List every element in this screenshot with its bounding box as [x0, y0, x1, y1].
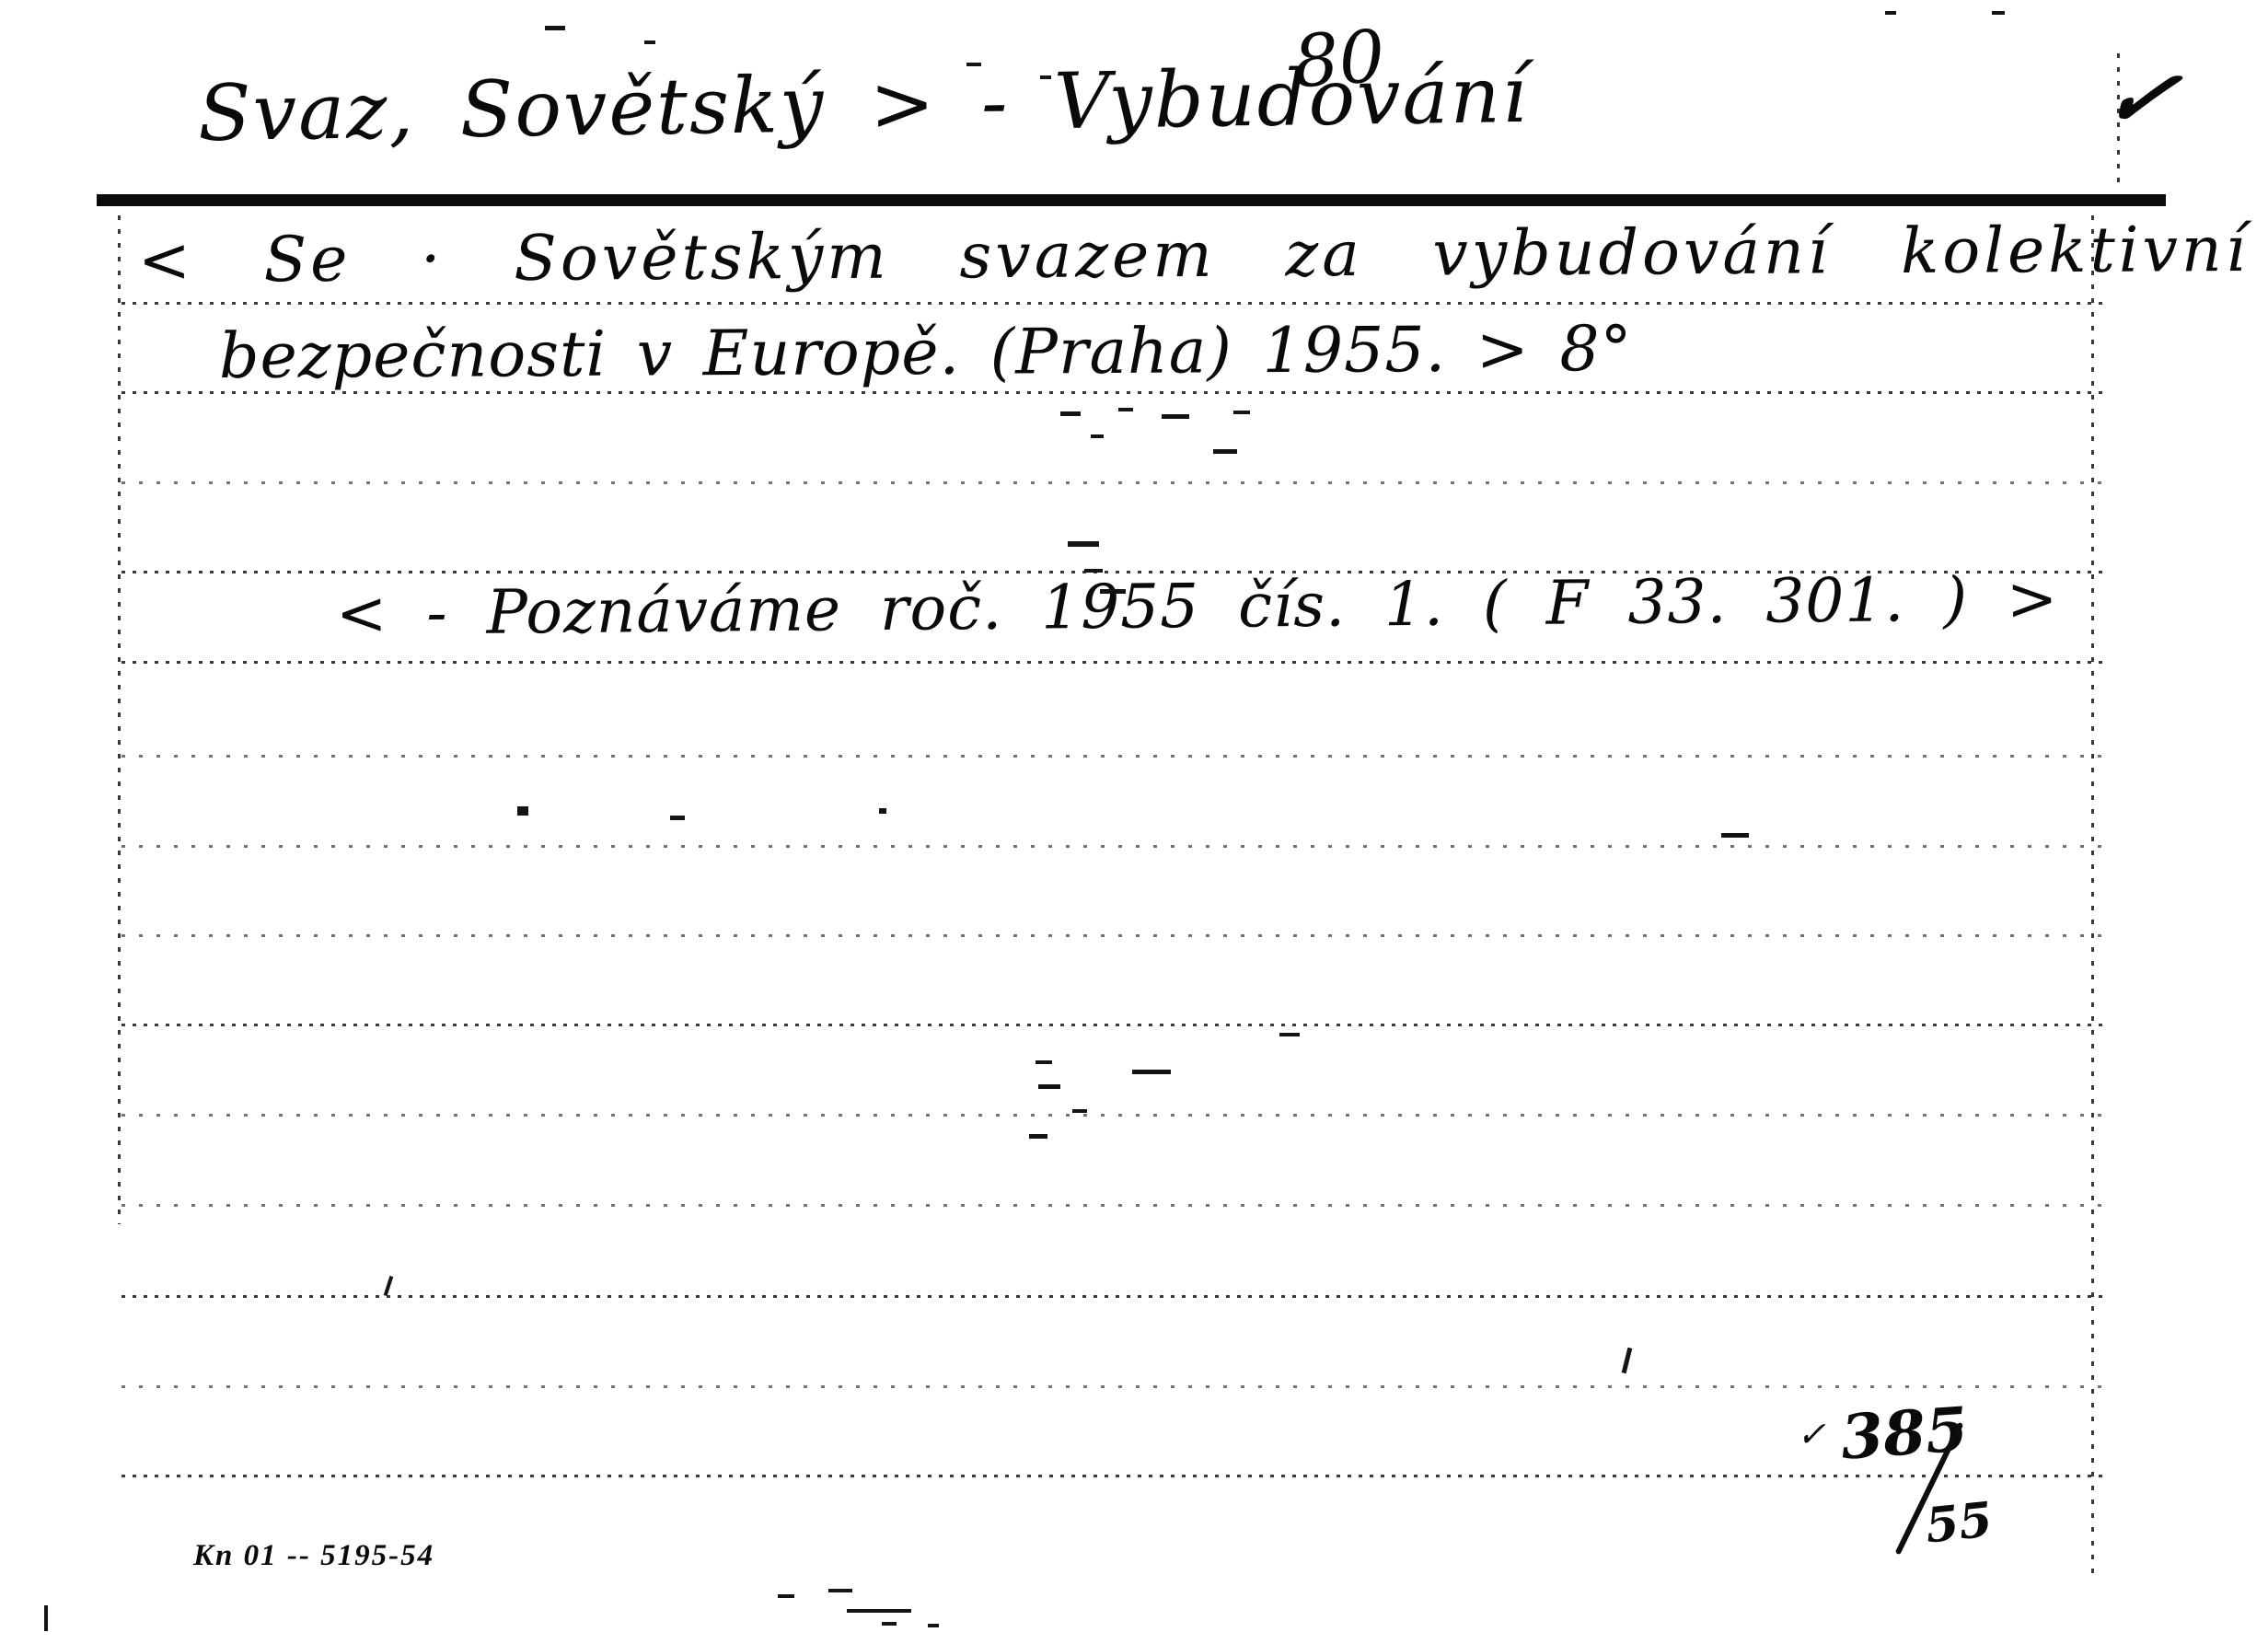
ruled-line — [121, 1295, 2106, 1298]
accession-number: 385 — [1838, 1393, 1970, 1473]
entry-reference: < - Poznáváme roč. 1955 čís. 1. ( F 33. … — [336, 563, 2059, 649]
right-margin-line-top — [2117, 53, 2120, 191]
checkmark-icon: ✓ — [2093, 44, 2190, 150]
ruled-line — [121, 1204, 2106, 1207]
ruled-line — [121, 302, 2106, 305]
entry-title-line1: < Se · Sovětským svazem za vybudování ko… — [138, 214, 2250, 297]
right-margin-line — [2091, 215, 2094, 1578]
accession-year: 55 — [1923, 1491, 1995, 1554]
ruled-line — [121, 1114, 2106, 1117]
heading-rule — [97, 194, 2166, 206]
ruled-line — [121, 1475, 2106, 1477]
ruled-line — [121, 661, 2106, 664]
ruled-line — [121, 1385, 2106, 1388]
accession-checkmark-icon: ✓ — [1797, 1414, 1826, 1454]
ruled-line — [121, 481, 2106, 484]
entry-title-line2: bezpečnosti v Europě. (Praha) 1955. > 8° — [219, 313, 1633, 393]
card-heading: Svaz, Sovětský > - Vybudování — [197, 50, 1529, 158]
ruled-line — [121, 934, 2106, 937]
left-margin-line — [118, 215, 121, 1224]
catalog-card: 80 Svaz, Sovětský > - Vybudování ✓ < Se … — [0, 0, 2268, 1644]
ruled-line — [121, 1024, 2106, 1026]
print-code: Kn 01 -- 5195-54 — [193, 1539, 434, 1573]
ruled-line — [121, 755, 2106, 758]
ruled-line — [121, 845, 2106, 848]
